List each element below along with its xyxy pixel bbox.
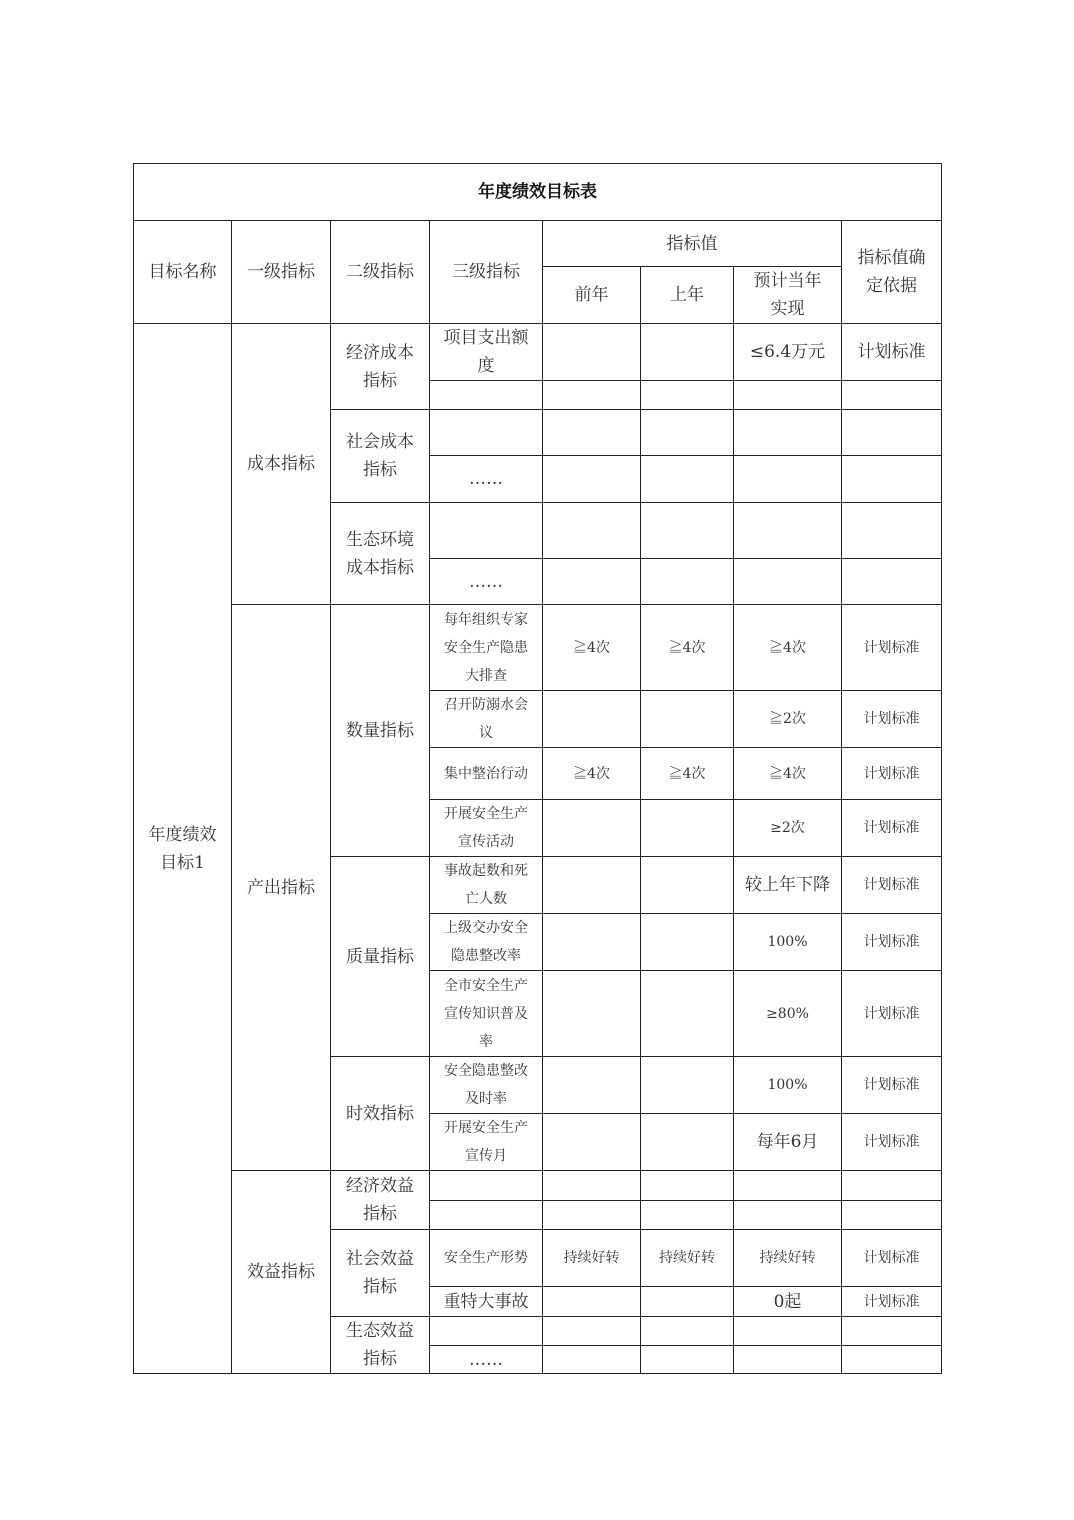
row-3-level3: ……	[429, 455, 543, 503]
row-19-level3	[429, 1316, 543, 1346]
row-12-level3-text: 全市安全生产宣传知识普及率	[440, 972, 532, 1056]
row-6-last-year: ≧4次	[640, 604, 734, 691]
level2-eco-cost: 生态环境成本指标	[330, 502, 430, 605]
row-3-expected	[733, 455, 842, 503]
row-0-last-year	[640, 323, 734, 381]
row-16-level3	[429, 1200, 543, 1230]
row-20-level3-text: ……	[469, 1346, 503, 1374]
level1-output: 产出指标	[231, 604, 331, 1171]
level2-economic-cost-text: 经济成本指标	[342, 339, 418, 395]
row-10-prev-prev-year	[542, 856, 641, 914]
row-13-basis: 计划标准	[841, 1056, 942, 1114]
level2-social-cost-text: 社会成本指标	[342, 428, 418, 484]
row-13-prev-prev-year	[542, 1056, 641, 1114]
goal-name-cell: 年度绩效目标1	[133, 323, 232, 1374]
row-17-basis: 计划标准	[841, 1229, 942, 1287]
row-6-prev-prev-year-text: ≧4次	[573, 634, 610, 662]
row-14-last-year	[640, 1113, 734, 1171]
row-11-level3-text: 上级交办安全隐患整改率	[440, 914, 532, 970]
row-19-expected	[733, 1316, 842, 1346]
row-13-expected: 100%	[733, 1056, 842, 1114]
row-8-level3: 集中整治行动	[429, 747, 543, 800]
header-level2: 二级指标	[330, 220, 430, 324]
row-10-level3-text: 事故起数和死亡人数	[440, 857, 532, 913]
row-11-last-year	[640, 913, 734, 971]
header-prev-prev-year-text: 前年	[575, 281, 609, 309]
row-12-last-year	[640, 970, 734, 1057]
row-10-expected-text: 较上年下降	[745, 871, 830, 899]
row-11-prev-prev-year	[542, 913, 641, 971]
header-basis: 指标值确定依据	[841, 220, 942, 324]
row-9-expected: ≥2次	[733, 799, 842, 857]
row-17-prev-prev-year-text: 持续好转	[564, 1244, 620, 1272]
row-2-basis	[841, 409, 942, 456]
row-14-prev-prev-year	[542, 1113, 641, 1171]
row-17-last-year-text: 持续好转	[659, 1244, 715, 1272]
row-8-prev-prev-year-text: ≧4次	[573, 760, 610, 788]
level2-social-benefit: 社会效益指标	[330, 1229, 430, 1317]
row-19-prev-prev-year	[542, 1316, 641, 1346]
row-17-last-year: 持续好转	[640, 1229, 734, 1287]
row-0-level3: 项目支出额度	[429, 323, 543, 381]
table-title-text: 年度绩效目标表	[478, 178, 597, 206]
row-17-expected-text: 持续好转	[760, 1244, 816, 1272]
level2-quality-text: 质量指标	[346, 943, 414, 971]
row-0-prev-prev-year	[542, 323, 641, 381]
header-goal-name-text: 目标名称	[149, 258, 217, 286]
header-last-year: 上年	[640, 266, 734, 324]
row-3-basis	[841, 455, 942, 503]
row-9-expected-text: ≥2次	[770, 814, 805, 842]
row-7-level3: 召开防溺水会议	[429, 690, 543, 748]
row-18-level3-text: 重特大事故	[444, 1288, 529, 1316]
level2-timeliness: 时效指标	[330, 1056, 430, 1171]
row-7-expected: ≧2次	[733, 690, 842, 748]
level1-cost-text: 成本指标	[247, 450, 315, 478]
row-2-level3	[429, 409, 543, 456]
row-12-basis-text: 计划标准	[864, 1000, 920, 1028]
row-4-level3	[429, 502, 543, 559]
row-19-last-year	[640, 1316, 734, 1346]
header-prev-prev-year: 前年	[542, 266, 641, 324]
row-11-basis-text: 计划标准	[864, 928, 920, 956]
row-13-basis-text: 计划标准	[864, 1071, 920, 1099]
row-4-basis	[841, 502, 942, 559]
row-14-level3-text: 开展安全生产宣传月	[440, 1114, 532, 1170]
header-basis-text: 指标值确定依据	[854, 244, 930, 300]
row-8-last-year: ≧4次	[640, 747, 734, 800]
row-7-expected-text: ≧2次	[769, 705, 806, 733]
header-expected-this-year: 预计当年实现	[733, 266, 842, 324]
level2-timeliness-text: 时效指标	[346, 1100, 414, 1128]
row-0-basis: 计划标准	[841, 323, 942, 381]
row-10-last-year	[640, 856, 734, 914]
row-11-expected-text: 100%	[767, 928, 807, 956]
row-12-level3: 全市安全生产宣传知识普及率	[429, 970, 543, 1057]
row-17-prev-prev-year: 持续好转	[542, 1229, 641, 1287]
row-4-expected	[733, 502, 842, 559]
row-10-expected: 较上年下降	[733, 856, 842, 914]
row-16-basis	[841, 1200, 942, 1230]
row-20-prev-prev-year	[542, 1345, 641, 1374]
row-2-prev-prev-year	[542, 409, 641, 456]
row-17-level3-text: 安全生产形势	[444, 1244, 528, 1272]
table-title: 年度绩效目标表	[133, 163, 942, 221]
row-1-last-year	[640, 380, 734, 410]
row-1-basis	[841, 380, 942, 410]
row-6-level3: 每年组织专家安全生产隐患大排查	[429, 604, 543, 691]
row-11-basis: 计划标准	[841, 913, 942, 971]
row-7-prev-prev-year	[542, 690, 641, 748]
row-17-basis-text: 计划标准	[864, 1244, 920, 1272]
row-4-prev-prev-year	[542, 502, 641, 559]
row-11-level3: 上级交办安全隐患整改率	[429, 913, 543, 971]
row-8-expected: ≧4次	[733, 747, 842, 800]
row-2-expected	[733, 409, 842, 456]
level2-economic-benefit-text: 经济效益指标	[342, 1172, 418, 1228]
row-13-expected-text: 100%	[767, 1071, 807, 1099]
row-8-basis-text: 计划标准	[864, 760, 920, 788]
row-19-basis	[841, 1316, 942, 1346]
row-13-level3: 安全隐患整改及时率	[429, 1056, 543, 1114]
row-20-level3: ……	[429, 1345, 543, 1374]
row-3-level3-text: ……	[469, 465, 503, 493]
performance-goal-table: 年度绩效目标表目标名称一级指标二级指标三级指标指标值前年上年预计当年实现指标值确…	[0, 0, 1074, 1520]
header-level3-text: 三级指标	[452, 258, 520, 286]
row-20-expected	[733, 1345, 842, 1374]
row-10-basis-text: 计划标准	[864, 871, 920, 899]
row-3-last-year	[640, 455, 734, 503]
level1-cost: 成本指标	[231, 323, 331, 605]
row-14-basis-text: 计划标准	[864, 1128, 920, 1156]
row-18-prev-prev-year	[542, 1286, 641, 1317]
row-16-prev-prev-year	[542, 1200, 641, 1230]
row-5-level3: ……	[429, 558, 543, 605]
level2-social-cost: 社会成本指标	[330, 409, 430, 503]
row-9-last-year	[640, 799, 734, 857]
level2-quality: 质量指标	[330, 856, 430, 1057]
row-18-basis-text: 计划标准	[864, 1288, 920, 1316]
row-17-level3: 安全生产形势	[429, 1229, 543, 1287]
level1-benefit-text: 效益指标	[247, 1258, 315, 1286]
row-1-prev-prev-year	[542, 380, 641, 410]
row-0-basis-text: 计划标准	[858, 338, 926, 366]
level2-eco-benefit: 生态效益指标	[330, 1316, 430, 1374]
row-18-last-year	[640, 1286, 734, 1317]
row-12-prev-prev-year	[542, 970, 641, 1057]
row-8-expected-text: ≧4次	[769, 760, 806, 788]
row-6-prev-prev-year: ≧4次	[542, 604, 641, 691]
row-1-level3	[429, 380, 543, 410]
row-14-expected-text: 每年6月	[757, 1128, 819, 1156]
row-9-level3: 开展安全生产宣传活动	[429, 799, 543, 857]
row-15-basis	[841, 1170, 942, 1201]
row-16-last-year	[640, 1200, 734, 1230]
row-9-level3-text: 开展安全生产宣传活动	[440, 800, 532, 856]
level2-economic-benefit: 经济效益指标	[330, 1170, 430, 1230]
row-12-expected-text: ≥80%	[766, 1000, 809, 1028]
row-2-last-year	[640, 409, 734, 456]
row-8-basis: 计划标准	[841, 747, 942, 800]
row-6-expected-text: ≧4次	[769, 634, 806, 662]
row-5-last-year	[640, 558, 734, 605]
row-6-basis: 计划标准	[841, 604, 942, 691]
row-5-basis	[841, 558, 942, 605]
row-14-expected: 每年6月	[733, 1113, 842, 1171]
row-15-prev-prev-year	[542, 1170, 641, 1201]
header-goal-name: 目标名称	[133, 220, 232, 324]
row-5-prev-prev-year	[542, 558, 641, 605]
row-20-basis	[841, 1345, 942, 1374]
row-6-expected: ≧4次	[733, 604, 842, 691]
row-14-basis: 计划标准	[841, 1113, 942, 1171]
header-level1-text: 一级指标	[247, 258, 315, 286]
row-5-level3-text: ……	[469, 568, 503, 596]
row-13-level3-text: 安全隐患整改及时率	[440, 1057, 532, 1113]
row-16-expected	[733, 1200, 842, 1230]
row-14-level3: 开展安全生产宣传月	[429, 1113, 543, 1171]
row-18-expected: 0起	[733, 1286, 842, 1317]
row-0-level3-text: 项目支出额度	[440, 324, 532, 380]
level2-eco-cost-text: 生态环境成本指标	[342, 526, 418, 582]
row-13-last-year	[640, 1056, 734, 1114]
row-0-expected: ≤6.4万元	[733, 323, 842, 381]
row-20-last-year	[640, 1345, 734, 1374]
row-10-level3: 事故起数和死亡人数	[429, 856, 543, 914]
row-10-basis: 计划标准	[841, 856, 942, 914]
header-indicator-value-text: 指标值	[667, 230, 718, 258]
row-15-level3	[429, 1170, 543, 1201]
row-6-last-year-text: ≧4次	[669, 634, 706, 662]
row-5-expected	[733, 558, 842, 605]
row-0-expected-text: ≤6.4万元	[750, 338, 825, 366]
row-7-last-year	[640, 690, 734, 748]
row-8-last-year-text: ≧4次	[669, 760, 706, 788]
row-18-level3: 重特大事故	[429, 1286, 543, 1317]
level2-eco-benefit-text: 生态效益指标	[342, 1317, 418, 1373]
row-3-prev-prev-year	[542, 455, 641, 503]
header-expected-this-year-text: 预计当年实现	[750, 267, 826, 323]
row-12-expected: ≥80%	[733, 970, 842, 1057]
row-4-last-year	[640, 502, 734, 559]
row-9-basis: 计划标准	[841, 799, 942, 857]
row-15-expected	[733, 1170, 842, 1201]
row-12-basis: 计划标准	[841, 970, 942, 1057]
level2-quantity-text: 数量指标	[346, 717, 414, 745]
row-1-expected	[733, 380, 842, 410]
header-level3: 三级指标	[429, 220, 543, 324]
row-15-last-year	[640, 1170, 734, 1201]
header-level1: 一级指标	[231, 220, 331, 324]
row-8-level3-text: 集中整治行动	[444, 760, 528, 788]
goal-name-cell-text: 年度绩效目标1	[145, 821, 221, 877]
row-6-level3-text: 每年组织专家安全生产隐患大排查	[440, 606, 532, 690]
row-9-prev-prev-year	[542, 799, 641, 857]
level2-economic-cost: 经济成本指标	[330, 323, 430, 410]
level1-benefit: 效益指标	[231, 1170, 331, 1374]
row-18-basis: 计划标准	[841, 1286, 942, 1317]
header-indicator-value: 指标值	[542, 220, 842, 267]
header-level2-text: 二级指标	[346, 258, 414, 286]
row-17-expected: 持续好转	[733, 1229, 842, 1287]
row-6-basis-text: 计划标准	[864, 634, 920, 662]
row-9-basis-text: 计划标准	[864, 814, 920, 842]
row-8-prev-prev-year: ≧4次	[542, 747, 641, 800]
row-18-expected-text: 0起	[774, 1288, 802, 1316]
row-7-basis: 计划标准	[841, 690, 942, 748]
level2-social-benefit-text: 社会效益指标	[342, 1245, 418, 1301]
row-11-expected: 100%	[733, 913, 842, 971]
header-last-year-text: 上年	[670, 281, 704, 309]
level2-quantity: 数量指标	[330, 604, 430, 857]
row-7-basis-text: 计划标准	[864, 705, 920, 733]
level1-output-text: 产出指标	[247, 874, 315, 902]
row-7-level3-text: 召开防溺水会议	[440, 691, 532, 747]
